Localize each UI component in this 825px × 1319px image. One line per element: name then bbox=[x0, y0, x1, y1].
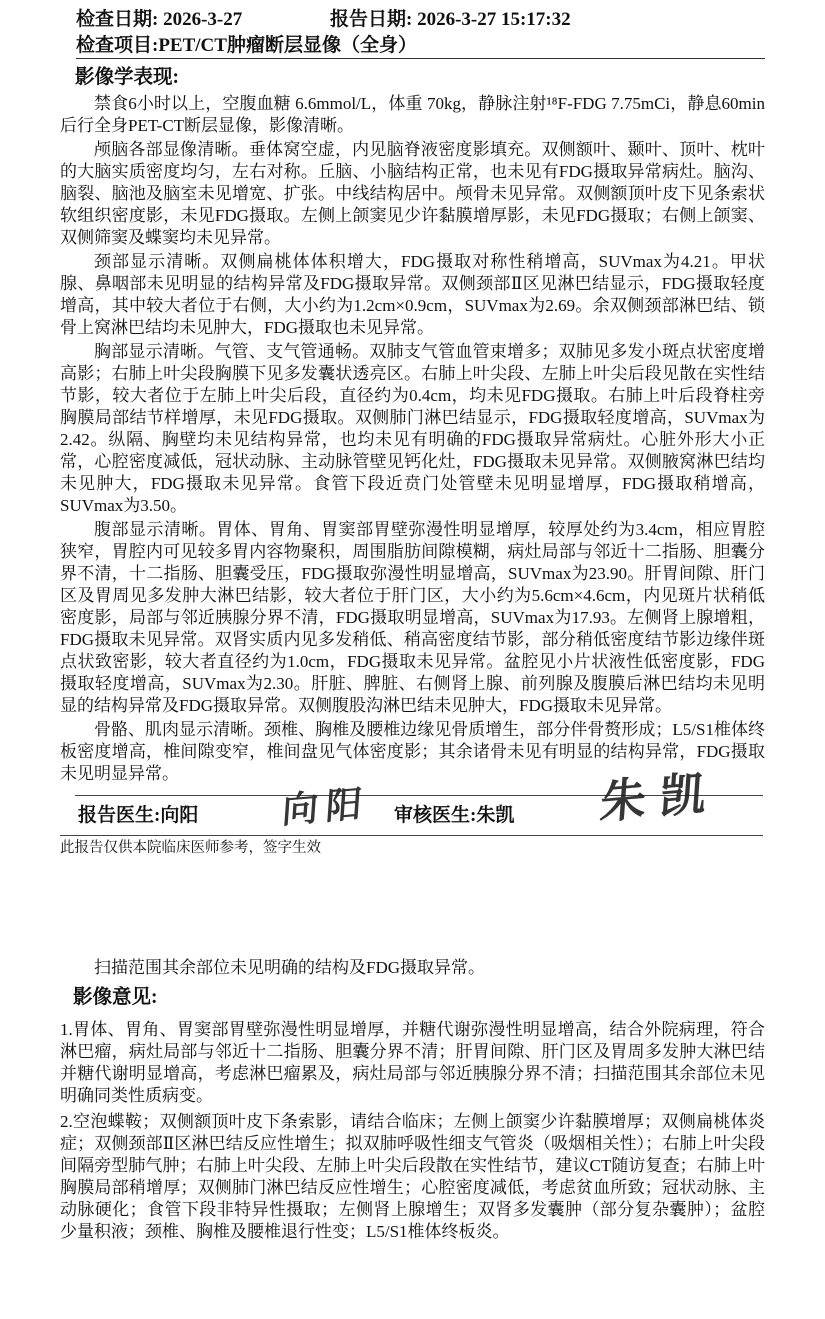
header-row-dates: 检查日期: 2026-3-27 报告日期: 2026-3-27 15:17:32 bbox=[76, 6, 765, 33]
findings-heading: 影像学表现: bbox=[75, 64, 765, 91]
exam-item-label: 检查项目: bbox=[76, 35, 158, 56]
signature-block: 报告医生:向阳 审核医生:朱凯 向阳 朱凯 此报告仅供本院临床医师参考，签字生效 bbox=[60, 795, 765, 861]
signature-row: 报告医生:向阳 审核医生:朱凯 bbox=[78, 805, 765, 827]
reviewer-label: 审核医生: bbox=[394, 805, 476, 826]
signature-top-rule bbox=[75, 795, 763, 796]
header-row-exam-item: 检查项目:PET/CT肿瘤断层显像（全身） bbox=[76, 33, 765, 58]
opinion-heading: 影像意见: bbox=[73, 984, 765, 1011]
report-date-value: 2026-3-27 15:17:32 bbox=[417, 9, 571, 30]
disclaimer-text: 此报告仅供本院临床医师参考，签字生效 bbox=[60, 839, 321, 857]
findings-body: 禁食6小时以上，空腹血糖 6.6mmol/L，体重 70kg，静脉注射¹⁸F-F… bbox=[60, 93, 765, 785]
findings-paragraph: 禁食6小时以上，空腹血糖 6.6mmol/L，体重 70kg，静脉注射¹⁸F-F… bbox=[60, 93, 765, 137]
exam-item-value: PET/CT肿瘤断层显像（全身） bbox=[158, 35, 417, 56]
report-page: 检查日期: 2026-3-27 报告日期: 2026-3-27 15:17:32… bbox=[0, 0, 825, 1319]
reviewer-name: 朱凯 bbox=[476, 805, 514, 826]
findings-paragraph: 腹部显示清晰。胃体、胃角、胃窦部胃壁弥漫性明显增厚，较厚处约为3.4cm，相应胃… bbox=[60, 519, 765, 717]
addendum-text: 扫描范围其余部位未见明确的结构及FDG摄取异常。 bbox=[60, 957, 765, 979]
report-content: 检查日期: 2026-3-27 报告日期: 2026-3-27 15:17:32… bbox=[0, 0, 825, 1243]
findings-paragraph: 颅脑各部显像清晰。垂体窝空虚，内见脑脊液密度影填充。双侧额叶、颞叶、顶叶、枕叶的… bbox=[60, 139, 765, 249]
signature-bottom-rule bbox=[60, 835, 763, 836]
opinion-item: 1.胃体、胃角、胃窦部胃壁弥漫性明显增厚，并糖代谢弥漫性明显增高，结合外院病理，… bbox=[60, 1019, 765, 1107]
findings-paragraph: 颈部显示清晰。双侧扁桃体体积增大，FDG摄取对称性稍增高，SUVmax为4.21… bbox=[60, 251, 765, 339]
findings-paragraph: 骨骼、肌肉显示清晰。颈椎、胸椎及腰椎边缘见骨质增生，部分伴骨赘形成；L5/S1椎… bbox=[60, 719, 765, 785]
exam-date-label: 检查日期: bbox=[76, 9, 158, 30]
reviewer-group: 审核医生:朱凯 bbox=[394, 805, 514, 827]
report-date-group: 报告日期: 2026-3-27 15:17:32 bbox=[330, 6, 571, 33]
reporter-name: 向阳 bbox=[160, 805, 198, 826]
report-date-label: 报告日期: bbox=[330, 9, 412, 30]
findings-paragraph: 胸部显示清晰。气管、支气管通畅。双肺支气管血管束增多；双肺见多发小斑点状密度增高… bbox=[60, 341, 765, 517]
exam-date-value: 2026-3-27 bbox=[163, 9, 242, 30]
header-divider bbox=[76, 58, 765, 59]
opinion-list: 1.胃体、胃角、胃窦部胃壁弥漫性明显增厚，并糖代谢弥漫性明显增高，结合外院病理，… bbox=[60, 1019, 765, 1243]
addendum-section: 扫描范围其余部位未见明确的结构及FDG摄取异常。 bbox=[60, 957, 765, 979]
opinion-item: 2.空泡蝶鞍；双侧额顶叶皮下条索影，请结合临床；左侧上颌窦少许黏膜增厚；双侧扁桃… bbox=[60, 1111, 765, 1243]
reporter-label: 报告医生: bbox=[78, 805, 160, 826]
